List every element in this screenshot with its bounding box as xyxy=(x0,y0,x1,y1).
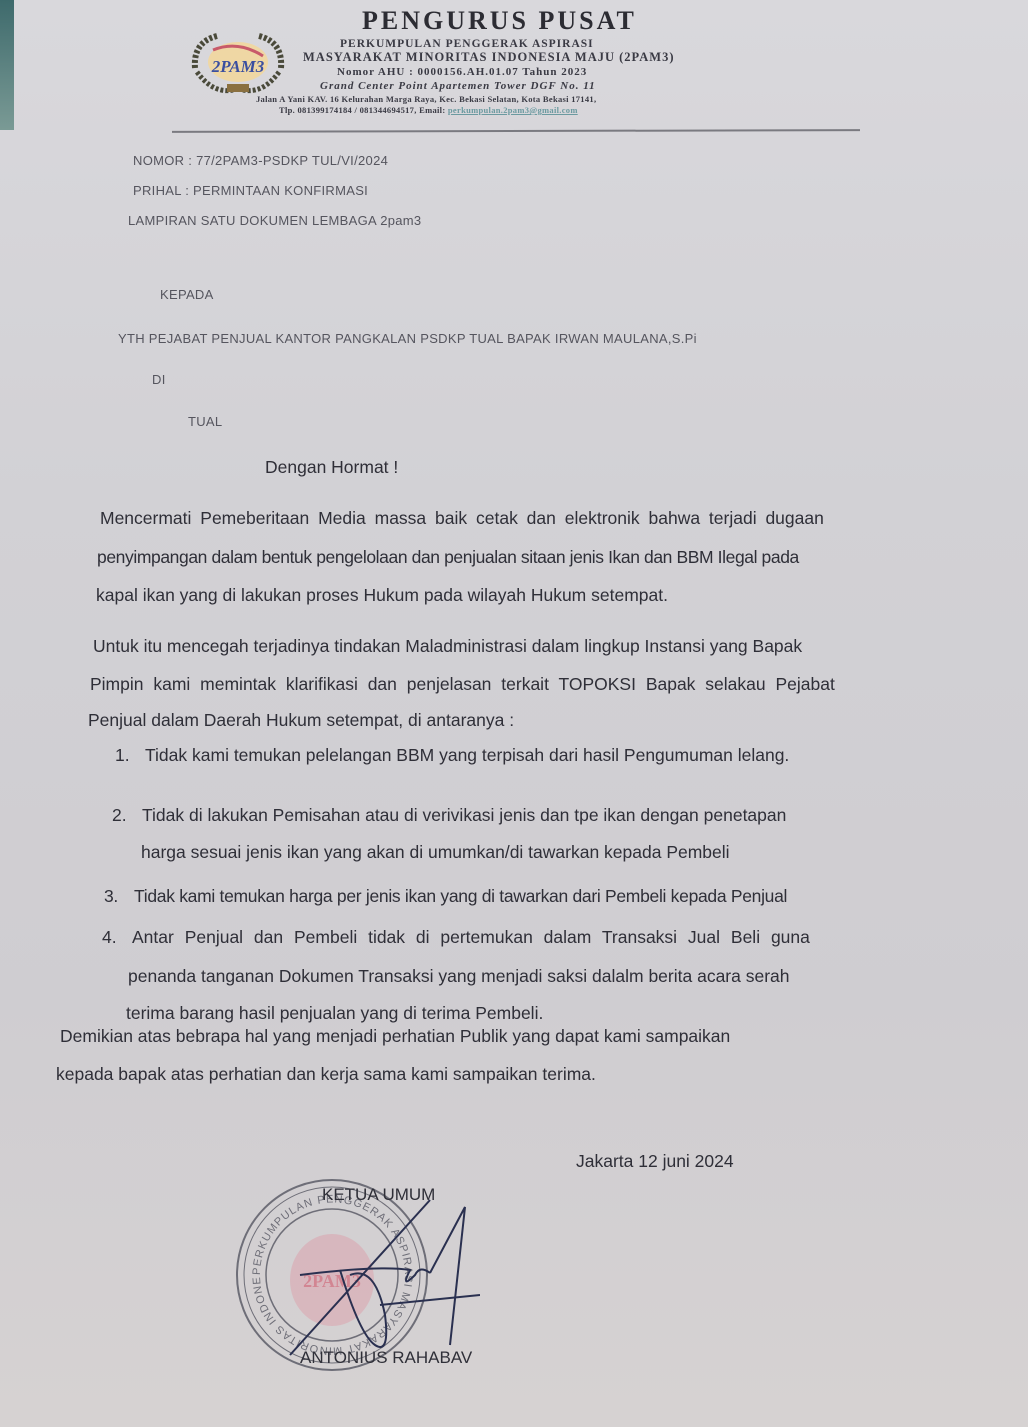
list-item: 4.Antar Penjual dan Pembeli tidak di per… xyxy=(102,927,810,948)
list-item-continuation: harga sesuai jenis ikan yang akan di umu… xyxy=(141,842,730,863)
letterhead-address-1: Grand Center Point Apartemen Tower DGF N… xyxy=(320,80,596,92)
paragraph-1-line: kapal ikan yang di lakukan proses Hukum … xyxy=(96,585,668,606)
list-number: 1. xyxy=(115,745,145,766)
letter-number: NOMOR : 77/2PAM3-PSDKP TUL/VI/2024 xyxy=(133,153,388,168)
letter-attachment: LAMPIRAN SATU DOKUMEN LEMBAGA 2pam3 xyxy=(128,213,421,228)
paragraph-2-line: Penjual dalam Daerah Hukum setempat, di … xyxy=(88,710,514,731)
list-item: 1.Tidak kami temukan pelelangan BBM yang… xyxy=(115,745,789,766)
list-item: 2.Tidak di lakukan Pemisahan atau di ver… xyxy=(112,805,786,826)
paragraph-2-line: Pimpin kami memintak klarifikasi dan pen… xyxy=(90,674,835,695)
list-item-text: Tidak di lakukan Pemisahan atau di veriv… xyxy=(142,805,786,825)
closing-line: Demikian atas bebrapa hal yang menjadi p… xyxy=(60,1026,730,1047)
salutation: Dengan Hormat ! xyxy=(265,457,398,478)
organization-logo-icon: 2PAM3 xyxy=(183,28,293,100)
recipient-name: YTH PEJABAT PENJUAL KANTOR PANGKALAN PSD… xyxy=(118,331,697,346)
paragraph-1-line: Mencermati Pemeberitaan Media massa baik… xyxy=(100,508,824,529)
letterhead-phone: Tlp. 081399174184 / 081344694517, xyxy=(279,105,417,115)
letterhead-address-2: Jalan A Yani KAV. 16 Kelurahan Marga Ray… xyxy=(256,94,596,104)
recipient-label: KEPADA xyxy=(160,287,214,302)
letter-page: 2PAM3 PENGURUS PUSAT PERKUMPULAN PENGGER… xyxy=(0,0,1028,1427)
svg-text:2PAM3: 2PAM3 xyxy=(211,57,265,76)
closing-line: kepada bapak atas perhatian dan kerja sa… xyxy=(56,1064,596,1085)
letterhead-email-label: Email: xyxy=(419,105,445,115)
list-number: 2. xyxy=(112,805,142,826)
signature-icon xyxy=(280,1195,480,1365)
paragraph-2-line: Untuk itu mencegah terjadinya tindakan M… xyxy=(93,636,802,657)
letterhead-title: PENGURUS PUSAT xyxy=(362,6,637,36)
signatory-name: ANTONIUS RAHABAV xyxy=(300,1348,472,1368)
letterhead-email[interactable]: perkumpulan.2pam3@gmail.com xyxy=(448,105,578,115)
list-item-text: Antar Penjual dan Pembeli tidak di perte… xyxy=(132,927,810,947)
letterhead-contact: Tlp. 081399174184 / 081344694517, Email:… xyxy=(279,105,578,115)
list-item-continuation: terima barang hasil penjualan yang di te… xyxy=(126,1003,543,1024)
letterhead-org-line-2: MASYARAKAT MINORITAS INDONESIA MAJU (2PA… xyxy=(303,50,675,65)
recipient-di: DI xyxy=(152,372,166,387)
paragraph-1-line: penyimpangan dalam bentuk pengelolaan da… xyxy=(97,547,799,568)
list-number: 4. xyxy=(102,927,132,948)
city-date: Jakarta 12 juni 2024 xyxy=(576,1151,734,1172)
list-number: 3. xyxy=(104,886,134,907)
list-item: 3.Tidak kami temukan harga per jenis ika… xyxy=(104,886,787,907)
list-item-text: Tidak kami temukan pelelangan BBM yang t… xyxy=(145,745,789,765)
letter-subject: PRIHAL : PERMINTAAN KONFIRMASI xyxy=(133,183,368,198)
letterhead-ahu-number: Nomor AHU : 0000156.AH.01.07 Tahun 2023 xyxy=(337,66,587,78)
letterhead-org-line-1: PERKUMPULAN PENGGERAK ASPIRASI xyxy=(340,38,594,50)
letterhead-divider xyxy=(172,129,860,133)
list-item-continuation: penanda tanganan Dokumen Transaksi yang … xyxy=(128,966,790,987)
recipient-place: TUAL xyxy=(188,414,222,429)
list-item-text: Tidak kami temukan harga per jenis ikan … xyxy=(134,886,787,906)
